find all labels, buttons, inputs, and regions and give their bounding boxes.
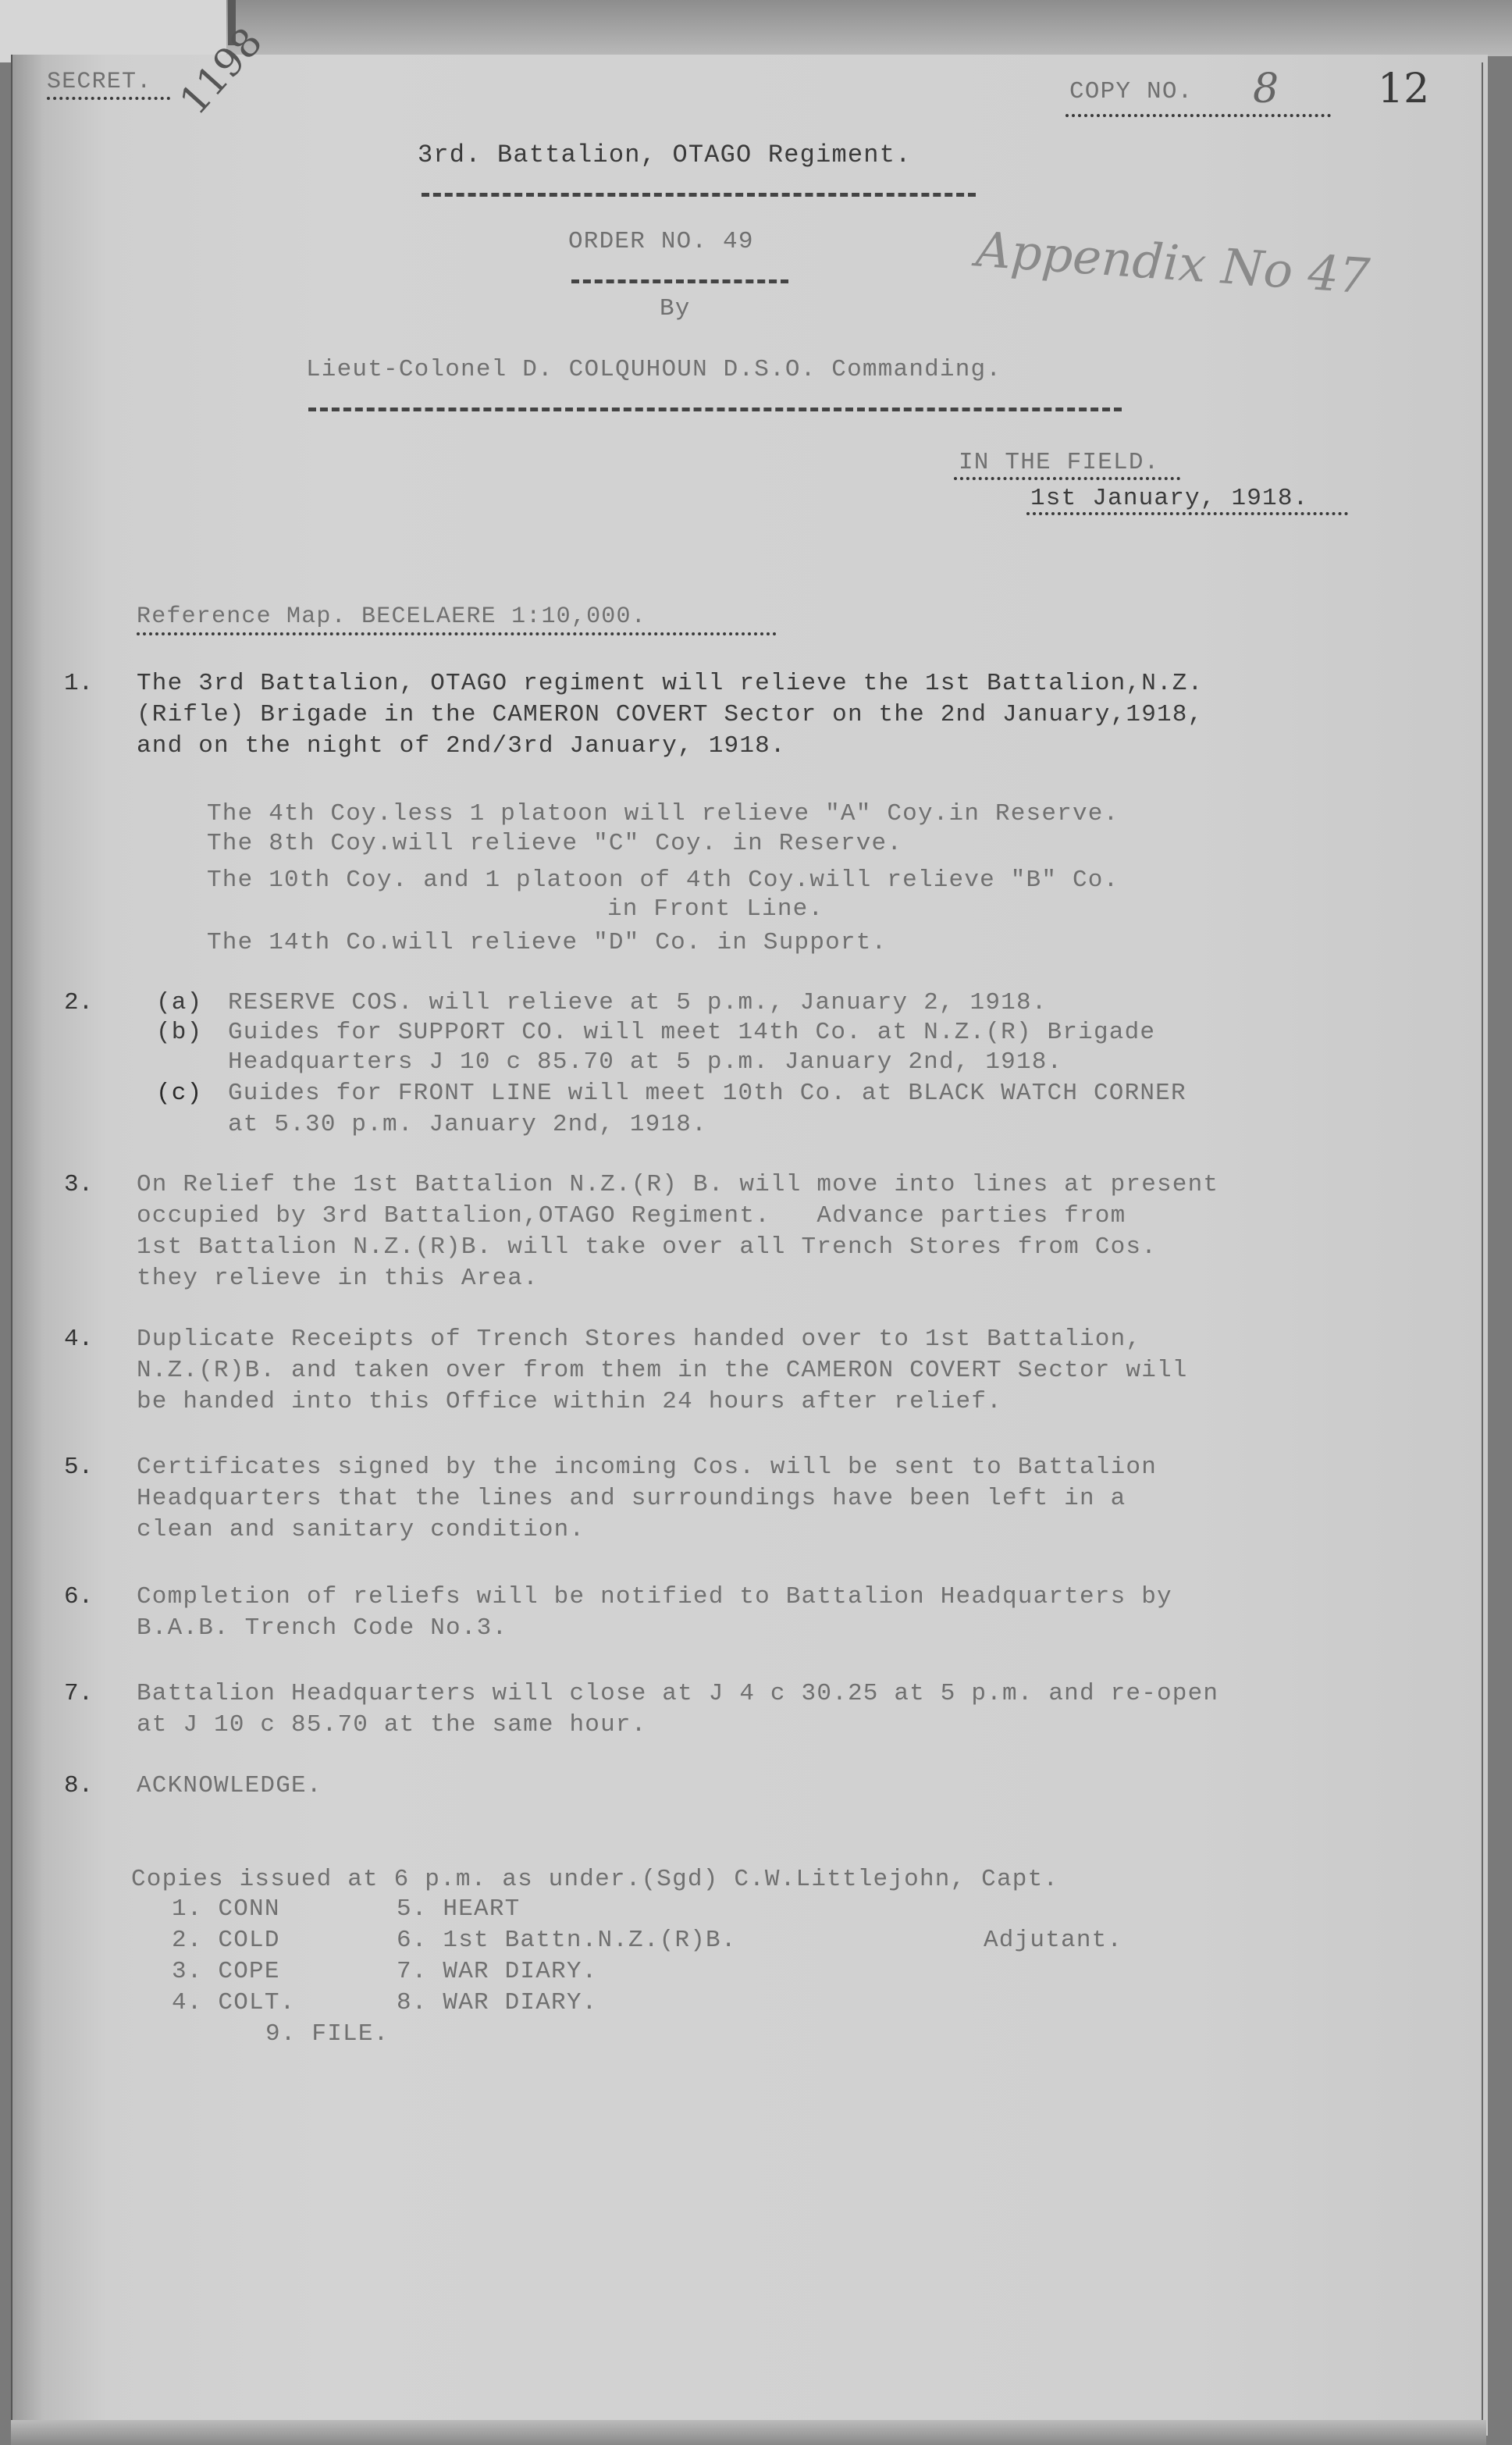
paragraph-5-line: Headquarters that the lines and surround… (137, 1485, 1126, 1512)
copy-recipient: 2. COLD (172, 1927, 280, 1954)
paragraph-2-item-line: Guides for FRONT LINE will meet 10th Co.… (228, 1080, 1186, 1107)
unit-heading-underline (422, 193, 976, 197)
classification-underline (47, 97, 170, 100)
acknowledge-line: ACKNOWLEDGE. (137, 1772, 322, 1799)
copy-number-underline (1066, 114, 1331, 117)
paragraph-4-line: N.Z.(R)B. and taken over from them in th… (137, 1357, 1188, 1384)
paragraph-1-subline: The 4th Coy.less 1 platoon will relieve … (207, 800, 1119, 827)
signatory-title: Adjutant. (984, 1927, 1122, 1954)
copy-recipient: 9. FILE. (265, 2020, 389, 2048)
paragraph-1-subline: The 14th Co.will relieve "D" Co. in Supp… (207, 929, 887, 956)
paragraph-4-line: Duplicate Receipts of Trench Stores hand… (137, 1326, 1141, 1353)
paragraph-3-number: 3. (64, 1171, 93, 1198)
paragraph-4-number: 4. (64, 1326, 93, 1353)
copy-recipient: 3. COPE (172, 1958, 280, 1985)
reference-map: Reference Map. BECELAERE 1:10,000. (137, 603, 646, 630)
paragraph-2-number: 2. (64, 989, 93, 1016)
by-label: By (660, 295, 691, 322)
order-title: ORDER NO. 49 (568, 228, 754, 255)
classification-label: SECRET. (47, 69, 151, 95)
order-title-underline (571, 279, 788, 283)
copy-number-value: 8 (1253, 66, 1279, 112)
copy-recipient: 6. 1st Battn.N.Z.(R)B. (397, 1927, 737, 1954)
location-line: IN THE FIELD. (959, 449, 1159, 476)
paragraph-2-item-label: (b) (156, 1019, 202, 1046)
paragraph-7-line: Battalion Headquarters will close at J 4… (137, 1680, 1218, 1707)
copy-recipient: 7. WAR DIARY. (397, 1958, 597, 1985)
paragraph-6-line: B.A.B. Trench Code No.3. (137, 1614, 507, 1642)
scan-bottom-edge (11, 2420, 1486, 2445)
unit-heading: 3rd. Battalion, OTAGO Regiment. (418, 141, 912, 169)
paragraph-2-item-label: (c) (156, 1080, 202, 1107)
commander-underline (308, 407, 1122, 411)
paragraph-1-line: and on the night of 2nd/3rd January, 191… (137, 732, 786, 760)
paragraph-3-line: they relieve in this Area. (137, 1265, 539, 1292)
date-line: 1st January, 1918. (1030, 485, 1308, 512)
paragraph-1-subline: The 8th Coy.will relieve "C" Coy. in Res… (207, 830, 902, 857)
paragraph-3-line: occupied by 3rd Battalion,OTAGO Regiment… (137, 1202, 1126, 1230)
paragraph-5-line: Certificates signed by the incoming Cos.… (137, 1454, 1157, 1481)
paragraph-3-line: 1st Battalion N.Z.(R)B. will take over a… (137, 1233, 1157, 1261)
commander-line: Lieut-Colonel D. COLQUHOUN D.S.O. Comman… (306, 356, 1001, 383)
paragraph-3-line: On Relief the 1st Battalion N.Z.(R) B. w… (137, 1171, 1218, 1198)
paragraph-6-number: 6. (64, 1583, 93, 1610)
paragraph-5-number: 5. (64, 1454, 93, 1481)
paragraph-1-line: (Rifle) Brigade in the CAMERON COVERT Se… (137, 701, 1203, 728)
reference-map-underline (137, 632, 777, 635)
paragraph-1-subline: The 10th Coy. and 1 platoon of 4th Coy.w… (207, 867, 1119, 894)
page-right-edge (1482, 62, 1483, 2420)
paragraph-7-number: 7. (64, 1680, 93, 1707)
paragraph-1-line: The 3rd Battalion, OTAGO regiment will r… (137, 670, 1203, 697)
paragraph-1-number: 1. (64, 670, 93, 697)
copies-issued-line: Copies issued at 6 p.m. as under.(Sgd) C… (131, 1866, 1058, 1893)
copy-recipient: 8. WAR DIARY. (397, 1989, 597, 2016)
paragraph-2-item-label: (a) (156, 989, 202, 1016)
scan-top-left-margin (0, 0, 226, 62)
copy-recipient: 5. HEART (397, 1895, 520, 1923)
paragraph-5-line: clean and sanitary condition. (137, 1516, 585, 1543)
paragraph-7-line: at J 10 c 85.70 at the same hour. (137, 1711, 647, 1739)
paragraph-2-item-line: Guides for SUPPORT CO. will meet 14th Co… (228, 1019, 1155, 1046)
copy-number-label: COPY NO. (1069, 78, 1193, 105)
date-underline (1026, 512, 1348, 515)
paragraph-1-subline: in Front Line. (607, 895, 824, 923)
page-number: 12 (1378, 66, 1429, 112)
paragraph-6-line: Completion of reliefs will be notified t… (137, 1583, 1172, 1610)
paragraph-4-line: be handed into this Office within 24 hou… (137, 1388, 1002, 1415)
copy-recipient: 1. CONN (172, 1895, 280, 1923)
paragraph-8-number: 8. (64, 1772, 93, 1799)
paragraph-2-item-line: at 5.30 p.m. January 2nd, 1918. (228, 1111, 707, 1138)
paragraph-2-item-line: Headquarters J 10 c 85.70 at 5 p.m. Janu… (228, 1048, 1062, 1076)
paragraph-2-item-line: RESERVE COS. will relieve at 5 p.m., Jan… (228, 989, 1048, 1016)
copy-recipient: 4. COLT. (172, 1989, 295, 2016)
location-underline (954, 477, 1180, 480)
